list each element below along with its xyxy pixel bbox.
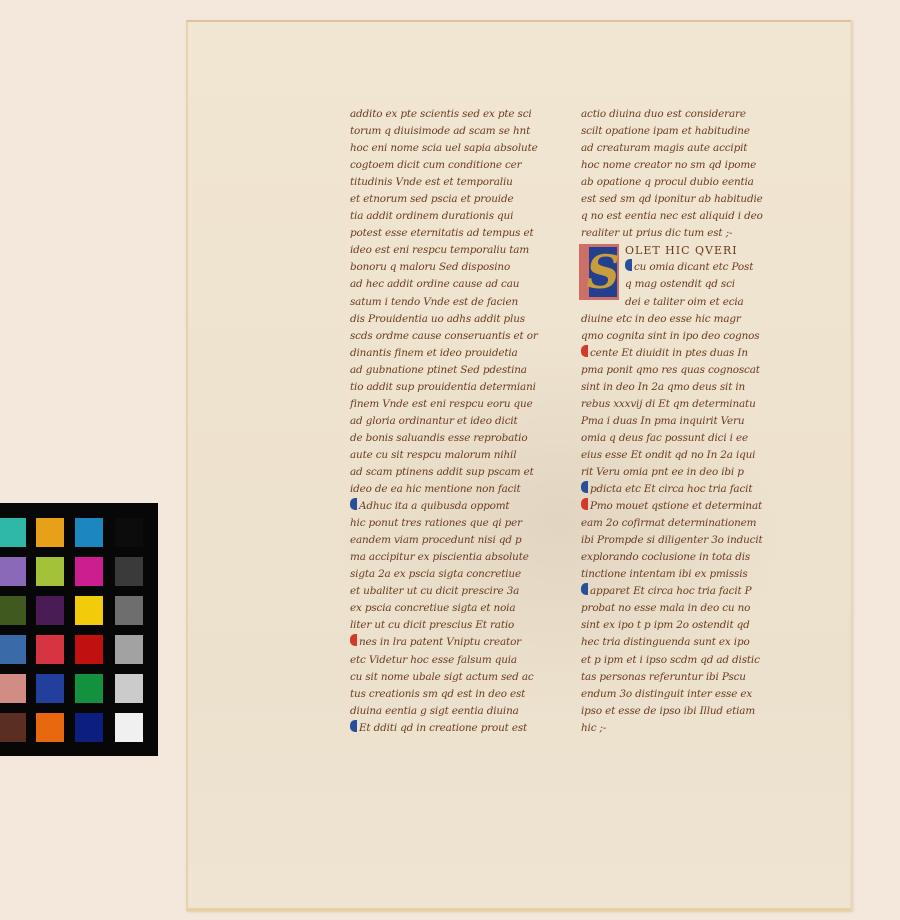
color-chip (0, 713, 26, 742)
left-line: bonoru q maloru Sed disposino (350, 259, 565, 276)
text: eam 2o cofirmat determinationem (581, 517, 756, 529)
right-line: apparet Et circa hoc tria facit P (581, 583, 781, 600)
text: ideo est eni respcu temporaliu tam (350, 244, 529, 256)
text: cogtoem dicit cum conditione cer (350, 159, 522, 171)
decorated-initial: S (579, 244, 619, 300)
text: probat no esse mala in deo cu no (581, 602, 750, 614)
color-chip (36, 557, 64, 586)
red-paraph-mark-icon (581, 498, 588, 510)
left-line: addito ex pte scientis sed ex pte sci (350, 106, 565, 123)
left-line: eandem viam procedunt nisi qd p (350, 532, 565, 549)
text: eius esse Et ondit qd no In 2a iqui (581, 449, 755, 461)
text: ad hec addit ordine cause ad cau (350, 278, 519, 290)
text: OLET HIC QVERI (625, 244, 738, 257)
blue-paraph-mark-icon (625, 259, 632, 271)
color-chip (0, 557, 26, 586)
text: q mag ostendit qd sci (625, 278, 735, 290)
color-chip (75, 557, 103, 586)
text: torum q diuisimode ad scam se hnt (350, 125, 530, 137)
text: ibi Prompde si diligenter 3o inducit (581, 534, 763, 546)
text: hoc nome creator no sm qd ipome (581, 159, 756, 171)
color-chip (115, 596, 143, 625)
text: satum i tendo Vnde est de facien (350, 296, 518, 308)
initial-letter: S (589, 247, 617, 297)
text: et p ipm et i ipso scdm qd ad distic (581, 654, 760, 666)
text: rebus xxxvij di Et qm determinatu (581, 398, 756, 410)
text: Pma i duas In pma inquirit Veru (581, 415, 744, 427)
left-line: ex pscia concretiue sigta et noia (350, 600, 565, 617)
right-line: sint ex ipo t p ipm 2o ostendit qd (581, 617, 781, 634)
text: tia addit ordinem durationis qui (350, 210, 513, 222)
color-chip (75, 713, 103, 742)
left-line: ma accipitur ex piscientia absolute (350, 549, 565, 566)
right-line: Pmo mouet qstione et determinat (581, 498, 781, 515)
left-text-column: addito ex pte scientis sed ex pte scitor… (350, 106, 565, 737)
text: sint in deo In 2a qmo deus sit in (581, 381, 745, 393)
right-line: endum 3o distinguit inter esse ex (581, 686, 781, 703)
right-line: qmo cognita sint in ipo deo cognos (581, 328, 781, 345)
left-line: dinantis finem et ideo prouidetia (350, 345, 565, 362)
text: ipso et esse de ipso ibi Illud etiam (581, 705, 755, 717)
left-line: tio addit sup prouidentia determiani (350, 379, 565, 396)
left-line: nes in lra patent Vniptu creator (350, 634, 565, 651)
color-chip (0, 518, 26, 547)
left-line: sigta 2a ex pscia sigta concretiue (350, 566, 565, 583)
right-line: ipso et esse de ipso ibi Illud etiam (581, 703, 781, 720)
color-chip (36, 674, 64, 703)
left-line: scds ordme cause conseruantis et or (350, 328, 565, 345)
color-chip (0, 674, 26, 703)
right-line: scilt opatione ipam et habitudine (581, 123, 781, 140)
left-line: et etnorum sed pscia et prouide (350, 191, 565, 208)
text: cu sit nome ubale sigt actum sed ac (350, 671, 534, 683)
text: ad scam ptinens addit sup pscam et (350, 466, 534, 478)
text: ideo de ea hic mentione non facit (350, 483, 521, 495)
text: bonoru q maloru Sed disposino (350, 261, 510, 273)
left-line: aute cu sit respcu malorum nihil (350, 447, 565, 464)
text: de bonis saluandis esse reprobatio (350, 432, 527, 444)
text: diuina eentia g sigt eentia diuina (350, 705, 519, 717)
left-line: titudinis Vnde est et temporaliu (350, 174, 565, 191)
right-line: eam 2o cofirmat determinationem (581, 515, 781, 532)
color-chip (0, 596, 26, 625)
left-line: et ubaliter ut cu dicit prescire 3a (350, 583, 565, 600)
color-chip (115, 674, 143, 703)
text: endum 3o distinguit inter esse ex (581, 688, 752, 700)
left-line: etc Videtur hoc esse falsum quia (350, 652, 565, 669)
text: Et dditi qd in creatione prout est (359, 722, 527, 734)
text: hic ;- (581, 722, 606, 734)
right-line: hec tria distinguenda sunt ex ipo (581, 634, 781, 651)
left-line: torum q diuisimode ad scam se hnt (350, 123, 565, 140)
right-line: pma ponit qmo res quas cognoscat (581, 362, 781, 379)
red-paraph-mark-icon (350, 634, 357, 646)
text: sigta 2a ex pscia sigta concretiue (350, 568, 521, 580)
right-line: ab opatione q procul dubio eentia (581, 174, 781, 191)
text: Adhuc ita a quibusda oppomt (359, 500, 509, 512)
text: omia q deus fac possunt dici i ee (581, 432, 748, 444)
text: pma ponit qmo res quas cognoscat (581, 364, 760, 376)
blue-paraph-mark-icon (581, 583, 588, 595)
text: finem Vnde est eni respcu eoru que (350, 398, 533, 410)
left-line: ad scam ptinens addit sup pscam et (350, 464, 565, 481)
text: apparet Et circa hoc tria facit P (590, 585, 752, 597)
text: cu omia dicant etc Post (634, 261, 753, 273)
color-chip (75, 596, 103, 625)
right-line: hic ;- (581, 720, 781, 737)
left-line: potest esse eternitatis ad tempus et (350, 225, 565, 242)
text: Pmo mouet qstione et determinat (590, 500, 762, 512)
color-chip (36, 596, 64, 625)
right-line: rebus xxxvij di Et qm determinatu (581, 396, 781, 413)
color-chip (36, 635, 64, 664)
left-line: ideo est eni respcu temporaliu tam (350, 242, 565, 259)
right-line: rit Veru omia pnt ee in deo ibi p (581, 464, 781, 481)
right-line: ad creaturam magis aute accipit (581, 140, 781, 157)
text: ad gubnatione ptinet Sed pdestina (350, 364, 527, 376)
text: dis Prouidentia uo adhs addit plus (350, 313, 525, 325)
right-line: q no est eentia nec est aliquid i deo (581, 208, 781, 225)
left-line: Et dditi qd in creatione prout est (350, 720, 565, 737)
text: hoc eni nome scia uel sapia absolute (350, 142, 538, 154)
color-chip (75, 635, 103, 664)
text: et ubaliter ut cu dicit prescire 3a (350, 585, 519, 597)
right-line: explorando coclusione in tota dis (581, 549, 781, 566)
right-line: actio diuina duo est considerare (581, 106, 781, 123)
text: cente Et diuidit in ptes duas In (590, 347, 748, 359)
right-line: tas personas referuntur ibi Pscu (581, 669, 781, 686)
blue-paraph-mark-icon (350, 720, 357, 732)
color-chip (75, 674, 103, 703)
text: hic ponut tres rationes que qi per (350, 517, 522, 529)
left-line: hoc eni nome scia uel sapia absolute (350, 140, 565, 157)
text: realiter ut prius dic tum est ;- (581, 227, 732, 239)
blue-paraph-mark-icon (581, 481, 588, 493)
text: actio diuina duo est considerare (581, 108, 746, 120)
right-line: probat no esse mala in deo cu no (581, 600, 781, 617)
right-line: ibi Prompde si diligenter 3o inducit (581, 532, 781, 549)
text: ex pscia concretiue sigta et noia (350, 602, 515, 614)
left-line: Adhuc ita a quibusda oppomt (350, 498, 565, 515)
right-line: sint in deo In 2a qmo deus sit in (581, 379, 781, 396)
color-chip (75, 518, 103, 547)
text: dei e taliter oim et ecia (625, 296, 744, 308)
text: pdicta etc Et circa hoc tria facit (590, 483, 752, 495)
right-line: eius esse Et ondit qd no In 2a iqui (581, 447, 781, 464)
red-paraph-mark-icon (581, 345, 588, 357)
text: eandem viam procedunt nisi qd p (350, 534, 521, 546)
text: ad creaturam magis aute accipit (581, 142, 747, 154)
text: explorando coclusione in tota dis (581, 551, 750, 563)
color-chip (36, 713, 64, 742)
text: et etnorum sed pscia et prouide (350, 193, 513, 205)
left-line: liter ut cu dicit prescius Et ratio (350, 617, 565, 634)
blue-paraph-mark-icon (350, 498, 357, 510)
right-line: est sed sm qd iponitur ab habitudie (581, 191, 781, 208)
text: tas personas referuntur ibi Pscu (581, 671, 746, 683)
text: liter ut cu dicit prescius Et ratio (350, 619, 514, 631)
left-line: ad gloria ordinantur et ideo dicit (350, 413, 565, 430)
text: tio addit sup prouidentia determiani (350, 381, 536, 393)
right-line: realiter ut prius dic tum est ;- (581, 225, 781, 242)
text: est sed sm qd iponitur ab habitudie (581, 193, 763, 205)
left-line: satum i tendo Vnde est de facien (350, 294, 565, 311)
right-line: omia q deus fac possunt dici i ee (581, 430, 781, 447)
left-line: cu sit nome ubale sigt actum sed ac (350, 669, 565, 686)
left-line: ideo de ea hic mentione non facit (350, 481, 565, 498)
text: scilt opatione ipam et habitudine (581, 125, 750, 137)
left-line: hic ponut tres rationes que qi per (350, 515, 565, 532)
text: nes in lra patent Vniptu creator (359, 636, 521, 648)
color-chip (115, 713, 143, 742)
text: rit Veru omia pnt ee in deo ibi p (581, 466, 744, 478)
right-line: tinctione intentam ibi ex pmissis (581, 566, 781, 583)
text: tinctione intentam ibi ex pmissis (581, 568, 748, 580)
text: ma accipitur ex piscientia absolute (350, 551, 529, 563)
text: ab opatione q procul dubio eentia (581, 176, 754, 188)
left-line: ad hec addit ordine cause ad cau (350, 276, 565, 293)
right-line: diuine etc in deo esse hic magr (581, 311, 781, 328)
left-line: tus creationis sm qd est in deo est (350, 686, 565, 703)
right-line: SOLET HIC QVERI (581, 242, 781, 259)
text: ad gloria ordinantur et ideo dicit (350, 415, 518, 427)
right-line: et p ipm et i ipso scdm qd ad distic (581, 652, 781, 669)
color-chip (115, 635, 143, 664)
left-line: cogtoem dicit cum conditione cer (350, 157, 565, 174)
text: etc Videtur hoc esse falsum quia (350, 654, 517, 666)
text: titudinis Vnde est et temporaliu (350, 176, 513, 188)
text: addito ex pte scientis sed ex pte sci (350, 108, 532, 120)
text: potest esse eternitatis ad tempus et (350, 227, 534, 239)
color-chip (0, 635, 26, 664)
right-line: hoc nome creator no sm qd ipome (581, 157, 781, 174)
text: dinantis finem et ideo prouidetia (350, 347, 518, 359)
color-chip (115, 557, 143, 586)
manuscript-leaf: addito ex pte scientis sed ex pte scitor… (186, 20, 852, 911)
text: q no est eentia nec est aliquid i deo (581, 210, 763, 222)
color-checker-card (0, 503, 158, 756)
text: tus creationis sm qd est in deo est (350, 688, 525, 700)
left-line: tia addit ordinem durationis qui (350, 208, 565, 225)
text: aute cu sit respcu malorum nihil (350, 449, 516, 461)
left-line: ad gubnatione ptinet Sed pdestina (350, 362, 565, 379)
right-line: Pma i duas In pma inquirit Veru (581, 413, 781, 430)
text: diuine etc in deo esse hic magr (581, 313, 741, 325)
right-text-column: actio diuina duo est considerarescilt op… (581, 106, 781, 737)
color-chip (36, 518, 64, 547)
text: sint ex ipo t p ipm 2o ostendit qd (581, 619, 750, 631)
text: scds ordme cause conseruantis et or (350, 330, 538, 342)
right-line: cente Et diuidit in ptes duas In (581, 345, 781, 362)
text: hec tria distinguenda sunt ex ipo (581, 636, 750, 648)
left-line: dis Prouidentia uo adhs addit plus (350, 311, 565, 328)
color-chip (115, 518, 143, 547)
right-line: pdicta etc Et circa hoc tria facit (581, 481, 781, 498)
left-line: diuina eentia g sigt eentia diuina (350, 703, 565, 720)
text: qmo cognita sint in ipo deo cognos (581, 330, 759, 342)
left-line: de bonis saluandis esse reprobatio (350, 430, 565, 447)
left-line: finem Vnde est eni respcu eoru que (350, 396, 565, 413)
